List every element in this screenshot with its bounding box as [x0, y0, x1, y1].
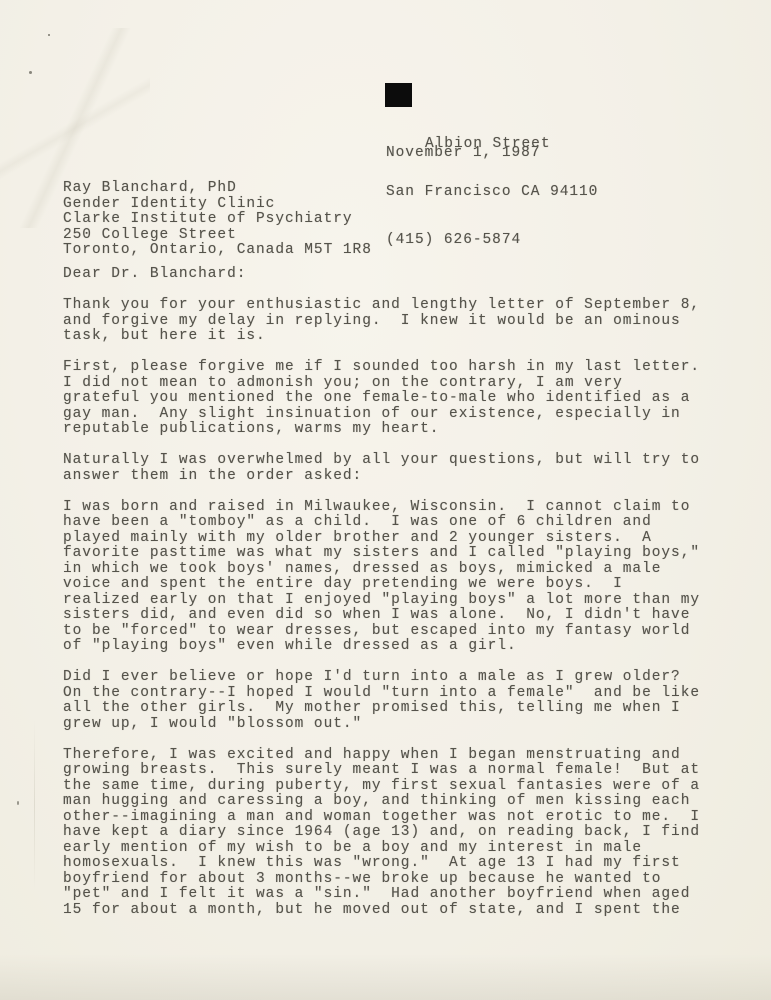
sender-phone: (415) 626-5874: [386, 232, 598, 248]
sender-city: San Francisco CA 94110: [386, 184, 598, 200]
date-line: November 1, 1987: [386, 146, 540, 162]
letter-paragraph: First, please forgive me if I sounded to…: [63, 360, 753, 438]
salutation: Dear Dr. Blanchard:: [63, 267, 246, 283]
letter-paragraph: Thank you for your enthusiastic and leng…: [63, 298, 753, 345]
letter-paragraph: I was born and raised in Milwaukee, Wisc…: [63, 500, 753, 655]
recipient-address: Ray Blanchard, PhD Gender Identity Clini…: [63, 181, 372, 259]
sender-address: Albion Street San Francisco CA 94110 (41…: [386, 88, 598, 280]
letter-paragraph: Naturally I was overwhelmed by all your …: [63, 453, 753, 484]
letter-page: Albion Street San Francisco CA 94110 (41…: [0, 0, 771, 1000]
paper-edge-line: [34, 720, 35, 890]
paper-speck: [48, 34, 50, 36]
paper-speck: [29, 71, 32, 74]
letter-body: Thank you for your enthusiastic and leng…: [63, 298, 753, 934]
letter-paragraph: Therefore, I was excited and happy when …: [63, 748, 753, 919]
paper-speck: [17, 801, 19, 805]
letter-paragraph: Did I ever believe or hope I'd turn into…: [63, 670, 753, 732]
redaction-box: [385, 83, 412, 107]
